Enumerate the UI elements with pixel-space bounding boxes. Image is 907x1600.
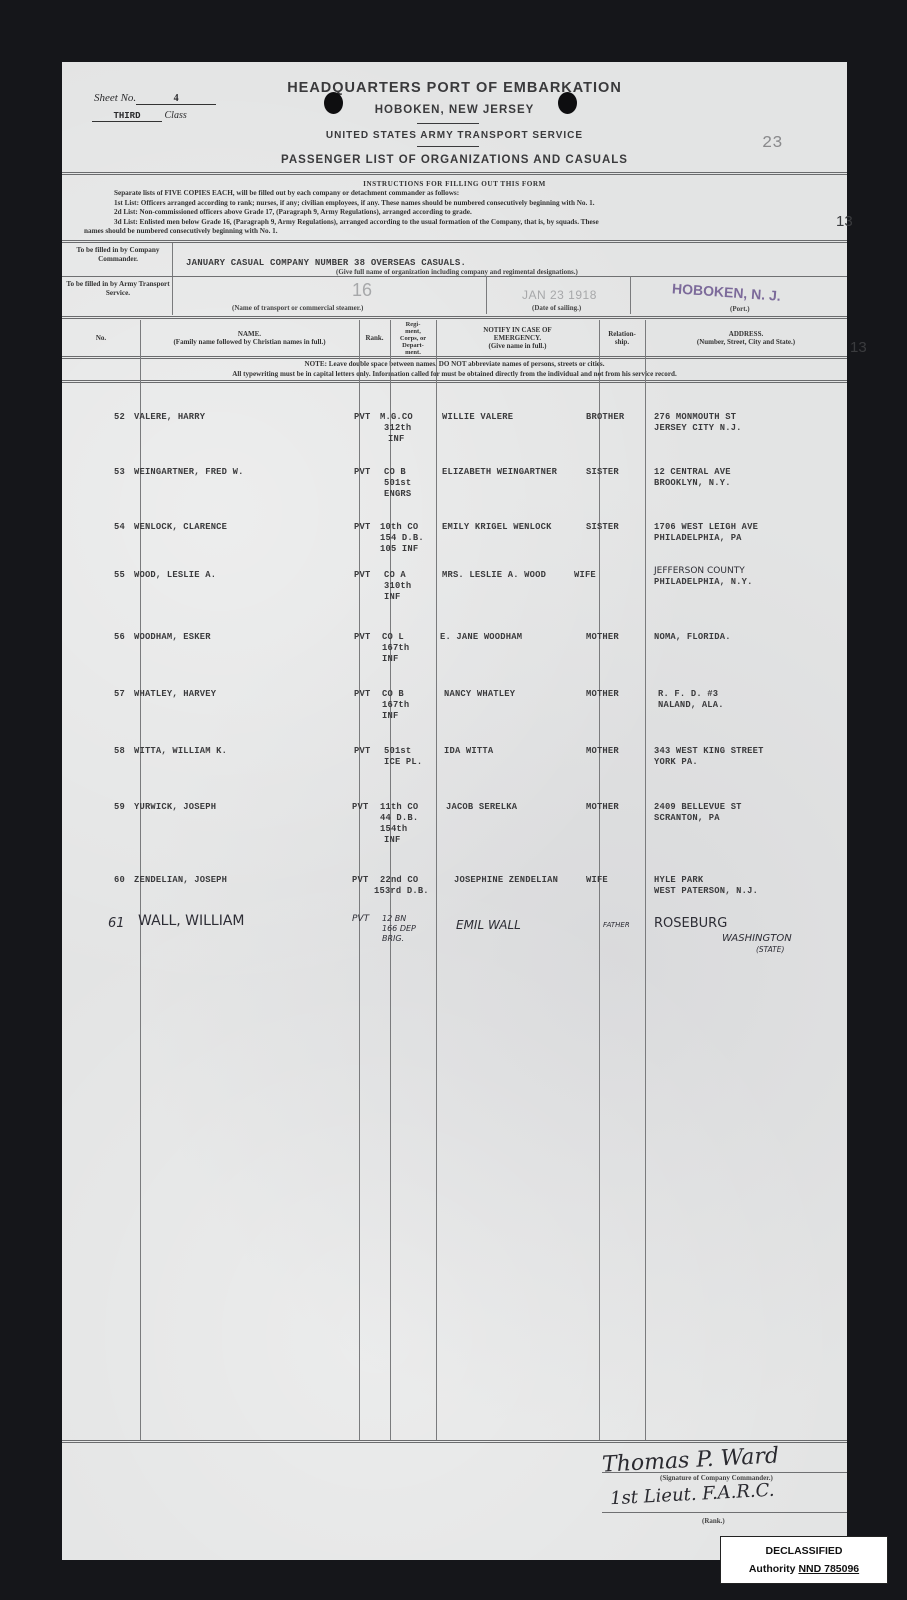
row-relationship: BROTHER (586, 412, 624, 423)
declassified-title: DECLASSIFIED (721, 1545, 887, 1557)
note-line-2: All typewriting must be in capital lette… (62, 370, 847, 378)
row-no: 59 (114, 802, 125, 813)
col-address-header: ADDRESS. (Number, Street, City and State… (645, 322, 847, 354)
row-rank: PVT (354, 689, 370, 700)
header-list-title: PASSENGER LIST OF ORGANIZATIONS AND CASU… (62, 154, 847, 166)
row-notify: WILLIE VALERE (442, 412, 513, 423)
row-address: 343 WEST KING STREETYORK PA. (654, 746, 764, 768)
instruction-line: 3d List: Enlisted men below Grade 16, (P… (62, 218, 847, 227)
punch-hole-left (324, 92, 343, 114)
row-no: 60 (114, 875, 125, 886)
divider (62, 316, 847, 319)
col-rank-header: Rank. (359, 322, 390, 354)
transport-value: 16 (352, 280, 372, 301)
address-line: 1706 WEST LEIGH AVE (654, 522, 758, 533)
address-line: ROSEBURG (654, 918, 792, 929)
passenger-list-form: Sheet No.4 THIRD Class HEADQUARTERS PORT… (62, 62, 847, 1560)
row-regiment: 10th CO154 D.B.105 INF (380, 522, 424, 555)
col-notify-header: NOTIFY IN CASE OF EMERGENCY. (Give name … (436, 322, 599, 354)
row-no: 56 (114, 632, 125, 643)
row-regiment: 11th CO44 D.B.154thINF (380, 802, 418, 846)
regiment-line: CO L (382, 632, 409, 643)
row-relationship: MOTHER (586, 689, 619, 700)
transport-section-label: To be filled in by Army Transport Servic… (66, 280, 170, 298)
row-relationship: MOTHER (586, 802, 619, 813)
regiment-line: 501st (384, 746, 422, 757)
page-number: 23 (762, 134, 782, 153)
company-section-label: To be filled in by Company Commander. (66, 246, 170, 264)
row-address: HYLE PARKWEST PATERSON, N.J. (654, 875, 758, 897)
regiment-line: 154th (380, 824, 418, 835)
row-notify: NANCY WHATLEY (444, 689, 515, 700)
organization-caption: (Give full name of organization includin… (336, 268, 578, 276)
address-line: YORK PA. (654, 757, 764, 768)
regiment-line: CO B (384, 467, 411, 478)
col-name-header: NAME. (Family name followed by Christian… (140, 322, 359, 354)
divider (62, 1440, 847, 1443)
instructions-title: INSTRUCTIONS FOR FILLING OUT THIS FORM (62, 180, 847, 189)
row-rank: PVT (354, 412, 370, 423)
row-notify: EMIL WALL (456, 920, 521, 931)
row-name: WITTA, WILLIAM K. (134, 746, 227, 757)
row-address: R. F. D. #3NALAND, ALA. (658, 689, 724, 711)
address-line: NOMA, FLORIDA. (654, 632, 731, 643)
regiment-line: INF (382, 711, 409, 722)
row-name: WOODHAM, ESKER (134, 632, 211, 643)
row-name: WOOD, LESLIE A. (134, 570, 216, 581)
row-name: WEINGARTNER, FRED W. (134, 467, 244, 478)
row-no: 53 (114, 467, 125, 478)
row-name: ZENDELIAN, JOSEPH (134, 875, 227, 886)
regiment-line: ICE PL. (384, 757, 422, 768)
row-no: 55 (114, 570, 125, 581)
organization-name: JANUARY CASUAL COMPANY NUMBER 38 OVERSEA… (186, 258, 466, 268)
section-divider (172, 243, 173, 315)
column-rule (436, 320, 437, 1440)
address-line: (STATE) (654, 944, 792, 955)
divider (62, 356, 847, 359)
regiment-line: 312th (380, 423, 413, 434)
regiment-line: 167th (382, 700, 409, 711)
row-notify: JACOB SERELKA (446, 802, 517, 813)
port-stamp: HOBOKEN, N. J. (672, 280, 782, 304)
date-caption: (Date of sailing.) (532, 304, 581, 312)
row-address: 2409 BELLEVUE STSCRANTON, PA (654, 802, 742, 824)
col-regiment-header: Regi- ment, Corps, or Depart- ment. (390, 322, 436, 354)
address-line: JERSEY CITY N.J. (654, 423, 742, 434)
regiment-line: 11th CO (380, 802, 418, 813)
row-regiment: 12 BN166 DEPBRIG. (382, 914, 416, 944)
divider (62, 172, 847, 175)
row-notify: EMILY KRIGEL WENLOCK (442, 522, 552, 533)
row-rank: PVT (352, 914, 369, 925)
instruction-line: 2d List: Non-commissioned officers above… (62, 208, 847, 217)
row-name: WENLOCK, CLARENCE (134, 522, 227, 533)
row-name: WHATLEY, HARVEY (134, 689, 216, 700)
row-name: YURWICK, JOSEPH (134, 802, 216, 813)
punch-hole-right (558, 92, 577, 114)
row-rank: PVT (352, 802, 368, 813)
row-no: 54 (114, 522, 125, 533)
row-no: 52 (114, 412, 125, 423)
row-no: 61 (108, 918, 125, 929)
row-relationship: WIFE (586, 875, 608, 886)
row-address: JEFFERSON COUNTYPHILADELPHIA, N.Y. (654, 566, 753, 588)
header-rule (417, 123, 479, 124)
row-name: WALL, WILLIAM (138, 916, 245, 927)
row-no: 57 (114, 689, 125, 700)
row-rank: PVT (354, 746, 370, 757)
row-rank: PVT (352, 875, 368, 886)
row-regiment: M.G.CO312thINF (380, 412, 413, 445)
address-line: NALAND, ALA. (658, 700, 724, 711)
signature-line (602, 1472, 847, 1473)
row-relationship: MOTHER (586, 632, 619, 643)
row-notify: MRS. LESLIE A. WOOD (442, 570, 546, 581)
address-line: BROOKLYN, N.Y. (654, 478, 731, 489)
address-line: WEST PATERSON, N.J. (654, 886, 758, 897)
regiment-line: 501st (384, 478, 411, 489)
address-line: HYLE PARK (654, 875, 758, 886)
address-line: JEFFERSON COUNTY (654, 566, 753, 577)
row-regiment: 501stICE PL. (384, 746, 422, 768)
authority-value: NND 785096 (798, 1563, 859, 1575)
instruction-line: 1st List: Officers arranged according to… (62, 199, 847, 208)
row-address: 276 MONMOUTH STJERSEY CITY N.J. (654, 412, 742, 434)
row-notify: ELIZABETH WEINGARTNER (442, 467, 557, 478)
row-regiment: CO B167thINF (382, 689, 409, 722)
regiment-line: 12 BN (382, 914, 416, 924)
header-title: HEADQUARTERS PORT OF EMBARKATION (62, 80, 847, 96)
declassified-authority: Authority NND 785096 (721, 1563, 887, 1575)
regiment-line: 10th CO (380, 522, 424, 533)
margin-mark: 13 (850, 339, 867, 356)
address-line: SCRANTON, PA (654, 813, 742, 824)
col-relationship-header: Relation- ship. (599, 322, 645, 354)
commander-rank: 1st Lieut. F.A.R.C. (610, 1480, 775, 1510)
regiment-line: INF (380, 835, 418, 846)
instruction-line: Separate lists of FIVE COPIES EACH, will… (62, 189, 847, 198)
regiment-line: 167th (382, 643, 409, 654)
margin-mark: 13 (836, 213, 853, 230)
row-notify: E. JANE WOODHAM (440, 632, 522, 643)
regiment-line: 153rd D.B. (374, 886, 429, 897)
header-location: HOBOKEN, NEW JERSEY (62, 104, 847, 116)
row-notify: IDA WITTA (444, 746, 493, 757)
address-line: 2409 BELLEVUE ST (654, 802, 742, 813)
row-address: 12 CENTRAL AVEBROOKLYN, N.Y. (654, 467, 731, 489)
row-rank: PVT (354, 632, 370, 643)
row-regiment: 22nd CO153rd D.B. (374, 875, 429, 897)
address-line: 276 MONMOUTH ST (654, 412, 742, 423)
regiment-line: INF (380, 434, 413, 445)
address-line: R. F. D. #3 (658, 689, 724, 700)
regiment-line: 44 D.B. (380, 813, 418, 824)
regiment-line: BRIG. (382, 934, 416, 944)
row-regiment: CO L167thINF (382, 632, 409, 665)
authority-label: Authority (749, 1563, 796, 1575)
header-service: UNITED STATES ARMY TRANSPORT SERVICE (62, 130, 847, 141)
row-rank: PVT (354, 570, 370, 581)
address-line: 343 WEST KING STREET (654, 746, 764, 757)
row-relationship: WIFE (574, 570, 596, 581)
col-no-header: No. (62, 322, 140, 354)
regiment-line: 154 D.B. (380, 533, 424, 544)
row-regiment: CO A310thINF (384, 570, 411, 603)
row-regiment: CO B501stENGRS (384, 467, 411, 500)
note-line-1: NOTE: Leave double space between names. … (62, 360, 847, 368)
row-address: 1706 WEST LEIGH AVEPHILADELPHIA, PA (654, 522, 758, 544)
transport-caption: (Name of transport or commercial steamer… (232, 304, 363, 312)
instruction-line: names should be numbered consecutively b… (62, 227, 847, 236)
section-divider (486, 276, 487, 314)
row-rank: PVT (354, 522, 370, 533)
regiment-line: M.G.CO (380, 412, 413, 423)
declassified-label: DECLASSIFIED Authority NND 785096 (720, 1536, 888, 1584)
row-relationship: SISTER (586, 467, 619, 478)
row-no: 58 (114, 746, 125, 757)
row-address: NOMA, FLORIDA. (654, 632, 731, 643)
address-line: PHILADELPHIA, PA (654, 533, 758, 544)
row-relationship: SISTER (586, 522, 619, 533)
row-address: ROSEBURG WASHINGTON (STATE) (654, 918, 792, 955)
address-line: WASHINGTON (654, 933, 792, 944)
regiment-line: INF (382, 654, 409, 665)
section-divider (630, 276, 631, 314)
row-relationship: MOTHER (586, 746, 619, 757)
header-rule (417, 146, 479, 147)
rank-caption: (Rank.) (702, 1517, 725, 1525)
rank-line (602, 1512, 847, 1513)
row-rank: PVT (354, 467, 370, 478)
address-line: 12 CENTRAL AVE (654, 467, 731, 478)
row-name: VALERE, HARRY (134, 412, 205, 423)
column-rule (645, 320, 646, 1440)
row-notify: JOSEPHINE ZENDELIAN (454, 875, 558, 886)
divider (62, 380, 847, 383)
instructions: INSTRUCTIONS FOR FILLING OUT THIS FORM S… (62, 180, 847, 236)
regiment-line: 105 INF (380, 544, 424, 555)
regiment-line: INF (384, 592, 411, 603)
regiment-line: 166 DEP (382, 924, 416, 934)
regiment-line: ENGRS (384, 489, 411, 500)
regiment-line: CO A (384, 570, 411, 581)
port-caption: (Port.) (730, 305, 750, 313)
divider (62, 276, 847, 277)
sailing-date: JAN 23 1918 (522, 288, 597, 302)
regiment-line: 22nd CO (374, 875, 429, 886)
row-relationship: FATHER (603, 920, 630, 931)
address-line: PHILADELPHIA, N.Y. (654, 577, 753, 588)
divider (62, 240, 847, 243)
regiment-line: 310th (384, 581, 411, 592)
regiment-line: CO B (382, 689, 409, 700)
